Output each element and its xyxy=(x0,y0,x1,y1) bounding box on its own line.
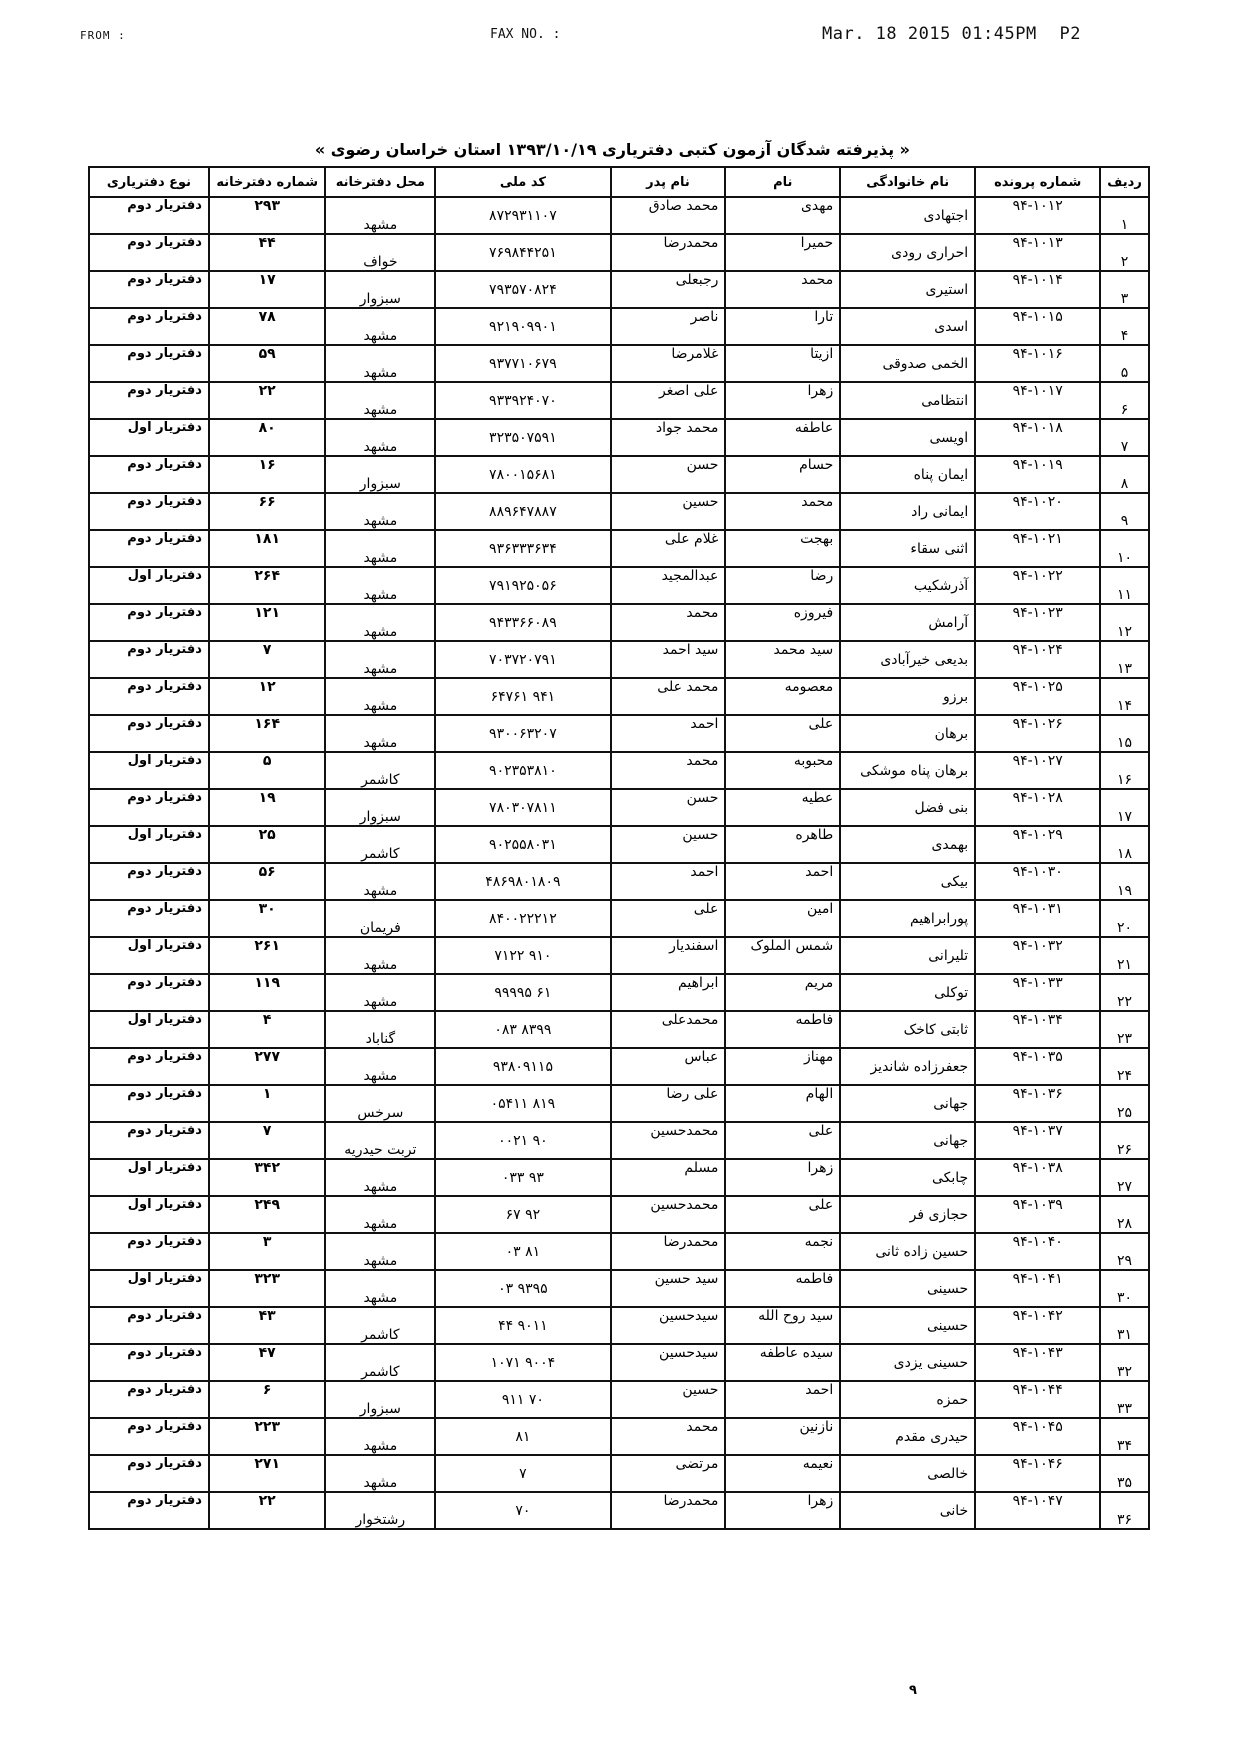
cell-assistant-type: دفتریار دوم xyxy=(89,715,209,752)
table-row: ۳۶۹۴-۱۰۴۷خانیزهرامحمدرضا۷۰رشتخوار۲۲دفتری… xyxy=(89,1492,1149,1529)
cell-first-name: سیده عاطفه xyxy=(725,1344,840,1381)
cell-last-name: بنی فضل xyxy=(840,789,975,826)
cell-office-city: مشهد xyxy=(325,530,435,567)
cell-file-number: ۹۴-۱۰۲۶ xyxy=(975,715,1100,752)
cell-national-id: ۹۳۳۹۲۴۰۷۰ xyxy=(435,382,610,419)
cell-national-id: ۸۱۹ ۰۵۴۱۱ xyxy=(435,1085,610,1122)
col-header-first-name: نام xyxy=(725,167,840,197)
cell-file-number: ۹۴-۱۰۳۹ xyxy=(975,1196,1100,1233)
table-row: ۲۳۹۴-۱۰۳۴ثابتی کاخکفاطمهمحمدعلی۸۳۹۹ ۰۸۳گ… xyxy=(89,1011,1149,1048)
cell-office-number: ۱۲۱ xyxy=(209,604,326,641)
cell-assistant-type: دفتریار اول xyxy=(89,1159,209,1196)
cell-row-number: ۲۹ xyxy=(1100,1233,1149,1270)
cell-last-name: الخمی صدوقی xyxy=(840,345,975,382)
cell-last-name: حسینی xyxy=(840,1270,975,1307)
cell-national-id: ۹۰۲۵۵۸۰۳۱ xyxy=(435,826,610,863)
cell-file-number: ۹۴-۱۰۳۷ xyxy=(975,1122,1100,1159)
table-row: ۱۷۹۴-۱۰۲۸بنی فضلعطیهحسن۷۸۰۳۰۷۸۱۱سبزوار۱۹… xyxy=(89,789,1149,826)
table-row: ۲۵۹۴-۱۰۳۶جهانیالهامعلی رضا۸۱۹ ۰۵۴۱۱سرخس۱… xyxy=(89,1085,1149,1122)
cell-last-name: خالصی xyxy=(840,1455,975,1492)
cell-row-number: ۲۳ xyxy=(1100,1011,1149,1048)
cell-office-city: مشهد xyxy=(325,604,435,641)
table-row: ۲۷۹۴-۱۰۳۸چابکیزهرامسلم۹۳ ۰۳۳مشهد۳۴۲دفتری… xyxy=(89,1159,1149,1196)
table-row: ۱۶۹۴-۱۰۲۷برهان پناه موشکیمحبوبهمحمد۹۰۲۳۵… xyxy=(89,752,1149,789)
cell-office-number: ۲۵ xyxy=(209,826,326,863)
cell-assistant-type: دفتریار دوم xyxy=(89,900,209,937)
cell-father-name: محمد علی xyxy=(611,678,726,715)
cell-office-city: خواف xyxy=(325,234,435,271)
cell-first-name: فاطمه xyxy=(725,1011,840,1048)
cell-office-number: ۲۶۱ xyxy=(209,937,326,974)
cell-last-name: برهان xyxy=(840,715,975,752)
table-row: ۳۲۹۴-۱۰۴۳حسینی یزدیسیده عاطفهسیدحسین۹۰۰۴… xyxy=(89,1344,1149,1381)
cell-first-name: احمد xyxy=(725,1381,840,1418)
cell-assistant-type: دفتریار دوم xyxy=(89,456,209,493)
cell-last-name: بیکی xyxy=(840,863,975,900)
cell-assistant-type: دفتریار دوم xyxy=(89,1122,209,1159)
cell-office-number: ۴۷ xyxy=(209,1344,326,1381)
cell-office-city: سبزوار xyxy=(325,271,435,308)
cell-first-name: سید محمد xyxy=(725,641,840,678)
cell-row-number: ۳۶ xyxy=(1100,1492,1149,1529)
cell-office-city: مشهد xyxy=(325,1233,435,1270)
cell-row-number: ۱۷ xyxy=(1100,789,1149,826)
cell-national-id: ۹۴۱ ۶۴۷۶۱ xyxy=(435,678,610,715)
cell-row-number: ۱۰ xyxy=(1100,530,1149,567)
cell-office-number: ۷ xyxy=(209,1122,326,1159)
cell-national-id: ۸۱ ۰۳ xyxy=(435,1233,610,1270)
cell-last-name: حمزه xyxy=(840,1381,975,1418)
cell-national-id: ۹۴۳۳۶۶۰۸۹ xyxy=(435,604,610,641)
table-row: ۳۹۴-۱۰۱۴استیریمحمدرجبعلی۷۹۳۵۷۰۸۲۴سبزوار۱… xyxy=(89,271,1149,308)
cell-first-name: مهدی xyxy=(725,197,840,234)
table-row: ۱۰۹۴-۱۰۲۱اثنی سقاءبهجتغلام علی۹۳۶۳۳۳۶۳۴م… xyxy=(89,530,1149,567)
cell-last-name: اسدی xyxy=(840,308,975,345)
table-row: ۱۹۹۴-۱۰۳۰بیکیاحمداحمد۴۸۶۹۸۰۱۸۰۹مشهد۵۶دفت… xyxy=(89,863,1149,900)
cell-row-number: ۱ xyxy=(1100,197,1149,234)
cell-first-name: طاهره xyxy=(725,826,840,863)
cell-office-number: ۲۷۷ xyxy=(209,1048,326,1085)
table-row: ۲۰۹۴-۱۰۳۱پورابراهیمامینعلی۸۴۰۰۲۲۲۱۲فریما… xyxy=(89,900,1149,937)
cell-file-number: ۹۴-۱۰۱۴ xyxy=(975,271,1100,308)
cell-office-number: ۲۲۳ xyxy=(209,1418,326,1455)
cell-assistant-type: دفتریار دوم xyxy=(89,197,209,234)
cell-assistant-type: دفتریار اول xyxy=(89,419,209,456)
cell-assistant-type: دفتریار اول xyxy=(89,826,209,863)
cell-office-number: ۲۷۱ xyxy=(209,1455,326,1492)
cell-father-name: محمدرضا xyxy=(611,1233,726,1270)
cell-father-name: حسین xyxy=(611,1381,726,1418)
cell-father-name: علی xyxy=(611,900,726,937)
cell-last-name: ایمان پناه xyxy=(840,456,975,493)
cell-row-number: ۱۱ xyxy=(1100,567,1149,604)
cell-row-number: ۲۸ xyxy=(1100,1196,1149,1233)
cell-office-number: ۵ xyxy=(209,752,326,789)
cell-office-city: سرخس xyxy=(325,1085,435,1122)
cell-office-city: مشهد xyxy=(325,937,435,974)
cell-national-id: ۹۲ ۶۷ xyxy=(435,1196,610,1233)
cell-first-name: زهرا xyxy=(725,1492,840,1529)
cell-first-name: ازیتا xyxy=(725,345,840,382)
cell-father-name: محمد xyxy=(611,752,726,789)
col-header-father-name: نام پدر xyxy=(611,167,726,197)
cell-row-number: ۲۵ xyxy=(1100,1085,1149,1122)
cell-national-id: ۹۳ ۰۳۳ xyxy=(435,1159,610,1196)
cell-father-name: محمدرضا xyxy=(611,234,726,271)
cell-assistant-type: دفتریار دوم xyxy=(89,678,209,715)
cell-file-number: ۹۴-۱۰۲۲ xyxy=(975,567,1100,604)
cell-assistant-type: دفتریار دوم xyxy=(89,1233,209,1270)
cell-last-name: اویسی xyxy=(840,419,975,456)
cell-office-city: سبزوار xyxy=(325,789,435,826)
cell-office-number: ۲۲ xyxy=(209,382,326,419)
cell-last-name: خانی xyxy=(840,1492,975,1529)
cell-row-number: ۱۳ xyxy=(1100,641,1149,678)
cell-assistant-type: دفتریار دوم xyxy=(89,1085,209,1122)
cell-office-number: ۴۳ xyxy=(209,1307,326,1344)
cell-file-number: ۹۴-۱۰۱۵ xyxy=(975,308,1100,345)
cell-row-number: ۱۲ xyxy=(1100,604,1149,641)
cell-row-number: ۲۴ xyxy=(1100,1048,1149,1085)
cell-office-number: ۶ xyxy=(209,1381,326,1418)
col-header-assistant-type: نوع دفتریاری xyxy=(89,167,209,197)
cell-father-name: غلام علی xyxy=(611,530,726,567)
cell-file-number: ۹۴-۱۰۲۸ xyxy=(975,789,1100,826)
cell-office-number: ۳ xyxy=(209,1233,326,1270)
cell-office-number: ۵۹ xyxy=(209,345,326,382)
fax-datetime: Mar. 18 2015 01:45PM P2 xyxy=(822,24,1081,44)
cell-file-number: ۹۴-۱۰۴۳ xyxy=(975,1344,1100,1381)
cell-father-name: احمد xyxy=(611,715,726,752)
cell-office-number: ۱۷ xyxy=(209,271,326,308)
cell-office-city: کاشمر xyxy=(325,752,435,789)
table-row: ۲۴۹۴-۱۰۳۵جعفرزاده شاندیزمهنازعباس۹۳۸۰۹۱۱… xyxy=(89,1048,1149,1085)
table-row: ۲۸۹۴-۱۰۳۹حجازی فرعلیمحمدحسین۹۲ ۶۷مشهد۲۴۹… xyxy=(89,1196,1149,1233)
cell-office-city: مشهد xyxy=(325,308,435,345)
fax-number-label: FAX NO. : xyxy=(490,27,560,42)
cell-assistant-type: دفتریار دوم xyxy=(89,974,209,1011)
cell-father-name: محمد xyxy=(611,604,726,641)
cell-national-id: ۷۸۰۳۰۷۸۱۱ xyxy=(435,789,610,826)
cell-last-name: بدیعی خیرآبادی xyxy=(840,641,975,678)
cell-file-number: ۹۴-۱۰۴۲ xyxy=(975,1307,1100,1344)
cell-assistant-type: دفتریار دوم xyxy=(89,1418,209,1455)
table-row: ۲۹۹۴-۱۰۴۰حسین زاده ثانینجمهمحمدرضا۸۱ ۰۳م… xyxy=(89,1233,1149,1270)
cell-file-number: ۹۴-۱۰۳۱ xyxy=(975,900,1100,937)
cell-father-name: عباس xyxy=(611,1048,726,1085)
cell-assistant-type: دفتریار دوم xyxy=(89,234,209,271)
cell-assistant-type: دفتریار دوم xyxy=(89,493,209,530)
col-header-national-id: کد ملی xyxy=(435,167,610,197)
table-row: ۲۹۴-۱۰۱۳احراری رودیحمیرامحمدرضا۷۶۹۸۴۴۲۵۱… xyxy=(89,234,1149,271)
cell-father-name: سید حسین xyxy=(611,1270,726,1307)
cell-row-number: ۳ xyxy=(1100,271,1149,308)
cell-father-name: حسین xyxy=(611,493,726,530)
cell-office-city: کاشمر xyxy=(325,1344,435,1381)
table-row: ۴۹۴-۱۰۱۵اسدیتاراناصر۹۲۱۹۰۹۹۰۱مشهد۷۸دفتری… xyxy=(89,308,1149,345)
table-row: ۶۹۴-۱۰۱۷انتظامیزهراعلی اصغر۹۳۳۹۲۴۰۷۰مشهد… xyxy=(89,382,1149,419)
cell-row-number: ۳۳ xyxy=(1100,1381,1149,1418)
cell-file-number: ۹۴-۱۰۲۰ xyxy=(975,493,1100,530)
cell-file-number: ۹۴-۱۰۱۲ xyxy=(975,197,1100,234)
cell-national-id: ۸۷۲۹۳۱۱۰۷ xyxy=(435,197,610,234)
cell-father-name: مرتضی xyxy=(611,1455,726,1492)
cell-first-name: فاطمه xyxy=(725,1270,840,1307)
cell-office-city: مشهد xyxy=(325,974,435,1011)
cell-office-number: ۷ xyxy=(209,641,326,678)
cell-father-name: مسلم xyxy=(611,1159,726,1196)
cell-first-name: نجمه xyxy=(725,1233,840,1270)
cell-office-city: سبزوار xyxy=(325,1381,435,1418)
cell-first-name: الهام xyxy=(725,1085,840,1122)
cell-row-number: ۲۰ xyxy=(1100,900,1149,937)
cell-last-name: بهمدی xyxy=(840,826,975,863)
cell-file-number: ۹۴-۱۰۱۳ xyxy=(975,234,1100,271)
cell-last-name: پورابراهیم xyxy=(840,900,975,937)
cell-office-number: ۸۰ xyxy=(209,419,326,456)
cell-office-city: مشهد xyxy=(325,1418,435,1455)
cell-last-name: چابکی xyxy=(840,1159,975,1196)
cell-first-name: علی xyxy=(725,1122,840,1159)
cell-last-name: احراری رودی xyxy=(840,234,975,271)
table-row: ۱۳۹۴-۱۰۲۴بدیعی خیرآبادیسید محمدسید احمد۷… xyxy=(89,641,1149,678)
cell-office-number: ۱۲ xyxy=(209,678,326,715)
cell-row-number: ۹ xyxy=(1100,493,1149,530)
cell-national-id: ۹۳۰۰۶۳۲۰۷ xyxy=(435,715,610,752)
cell-file-number: ۹۴-۱۰۴۱ xyxy=(975,1270,1100,1307)
cell-office-number: ۴ xyxy=(209,1011,326,1048)
cell-assistant-type: دفتریار دوم xyxy=(89,604,209,641)
cell-row-number: ۳۰ xyxy=(1100,1270,1149,1307)
cell-last-name: حجازی فر xyxy=(840,1196,975,1233)
cell-office-city: مشهد xyxy=(325,493,435,530)
cell-last-name: جهانی xyxy=(840,1122,975,1159)
cell-row-number: ۲۱ xyxy=(1100,937,1149,974)
table-body: ۱۹۴-۱۰۱۲اجتهادیمهدیمحمد صادق۸۷۲۹۳۱۱۰۷مشه… xyxy=(89,197,1149,1529)
cell-assistant-type: دفتریار دوم xyxy=(89,641,209,678)
cell-national-id: ۹۳۸۰۹۱۱۵ xyxy=(435,1048,610,1085)
cell-row-number: ۲۷ xyxy=(1100,1159,1149,1196)
cell-national-id: ۳۲۳۵۰۷۵۹۱ xyxy=(435,419,610,456)
table-row: ۳۵۹۴-۱۰۴۶خالصینعیمهمرتضی۷مشهد۲۷۱دفتریار … xyxy=(89,1455,1149,1492)
cell-office-number: ۲۶۴ xyxy=(209,567,326,604)
cell-assistant-type: دفتریار دوم xyxy=(89,271,209,308)
cell-national-id: ۷۹۳۵۷۰۸۲۴ xyxy=(435,271,610,308)
cell-office-city: گناباد xyxy=(325,1011,435,1048)
cell-first-name: محمد xyxy=(725,493,840,530)
cell-row-number: ۱۸ xyxy=(1100,826,1149,863)
cell-row-number: ۳۲ xyxy=(1100,1344,1149,1381)
cell-file-number: ۹۴-۱۰۳۳ xyxy=(975,974,1100,1011)
cell-file-number: ۹۴-۱۰۳۵ xyxy=(975,1048,1100,1085)
cell-national-id: ۹۳۹۵ ۰۳ xyxy=(435,1270,610,1307)
col-header-office-no: شماره دفترخانه xyxy=(209,167,326,197)
cell-row-number: ۱۵ xyxy=(1100,715,1149,752)
table-row: ۵۹۴-۱۰۱۶الخمی صدوقیازیتاغلامرضا۹۳۷۷۱۰۶۷۹… xyxy=(89,345,1149,382)
cell-national-id: ۷۶۹۸۴۴۲۵۱ xyxy=(435,234,610,271)
cell-first-name: عاطفه xyxy=(725,419,840,456)
col-header-row: ردیف xyxy=(1100,167,1149,197)
cell-row-number: ۲ xyxy=(1100,234,1149,271)
cell-row-number: ۲۲ xyxy=(1100,974,1149,1011)
cell-last-name: استیری xyxy=(840,271,975,308)
accepted-candidates-table: ردیف شماره پرونده نام خانوادگی نام نام پ… xyxy=(88,166,1150,1530)
cell-national-id: ۶۱ ۹۹۹۹۵ xyxy=(435,974,610,1011)
cell-father-name: محمدحسین xyxy=(611,1122,726,1159)
cell-office-city: کاشمر xyxy=(325,1307,435,1344)
cell-last-name: برهان پناه موشکی xyxy=(840,752,975,789)
cell-office-number: ۱۸۱ xyxy=(209,530,326,567)
cell-file-number: ۹۴-۱۰۱۶ xyxy=(975,345,1100,382)
cell-row-number: ۳۱ xyxy=(1100,1307,1149,1344)
cell-last-name: انتظامی xyxy=(840,382,975,419)
cell-national-id: ۹۳۷۷۱۰۶۷۹ xyxy=(435,345,610,382)
cell-first-name: حسام xyxy=(725,456,840,493)
cell-national-id: ۷ xyxy=(435,1455,610,1492)
cell-first-name: بهجت xyxy=(725,530,840,567)
cell-last-name: برزو xyxy=(840,678,975,715)
table-row: ۳۳۹۴-۱۰۴۴حمزهاحمدحسین۷۰ ۹۱۱سبزوار۶دفتریا… xyxy=(89,1381,1149,1418)
table-row: ۲۱۹۴-۱۰۳۲تلیرانیشمس الملوکاسفندیار۹۱۰ ۷۱… xyxy=(89,937,1149,974)
cell-first-name: احمد xyxy=(725,863,840,900)
cell-father-name: سید احمد xyxy=(611,641,726,678)
table-row: ۳۱۹۴-۱۰۴۲حسینیسید روح اللهسیدحسین۹۰۱۱ ۴۴… xyxy=(89,1307,1149,1344)
cell-last-name: حسینی xyxy=(840,1307,975,1344)
cell-assistant-type: دفتریار دوم xyxy=(89,1455,209,1492)
cell-file-number: ۹۴-۱۰۱۸ xyxy=(975,419,1100,456)
cell-office-number: ۵۶ xyxy=(209,863,326,900)
cell-last-name: اجتهادی xyxy=(840,197,975,234)
cell-father-name: علی رضا xyxy=(611,1085,726,1122)
cell-last-name: ثابتی کاخک xyxy=(840,1011,975,1048)
cell-first-name: رضا xyxy=(725,567,840,604)
fax-datetime-value: Mar. 18 2015 01:45PM xyxy=(822,24,1037,44)
cell-file-number: ۹۴-۱۰۳۲ xyxy=(975,937,1100,974)
cell-office-number: ۱ xyxy=(209,1085,326,1122)
cell-office-city: مشهد xyxy=(325,345,435,382)
cell-last-name: آرامش xyxy=(840,604,975,641)
cell-first-name: مریم xyxy=(725,974,840,1011)
cell-file-number: ۹۴-۱۰۳۶ xyxy=(975,1085,1100,1122)
cell-first-name: معصومه xyxy=(725,678,840,715)
table-row: ۳۴۹۴-۱۰۴۵حیدری مقدمنازنینمحمد۸۱مشهد۲۲۳دف… xyxy=(89,1418,1149,1455)
cell-office-city: مشهد xyxy=(325,419,435,456)
cell-father-name: محمدرضا xyxy=(611,1492,726,1529)
document-title: « پذیرفته شدگان آزمون کتبی دفتریاری ۱۳۹۳… xyxy=(330,140,910,159)
cell-father-name: محمدعلی xyxy=(611,1011,726,1048)
cell-national-id: ۷۹۱۹۲۵۰۵۶ xyxy=(435,567,610,604)
table-row: ۱۴۹۴-۱۰۲۵برزومعصومهمحمد علی۹۴۱ ۶۴۷۶۱مشهد… xyxy=(89,678,1149,715)
cell-national-id: ۹۰ ۰۰۲۱ xyxy=(435,1122,610,1159)
cell-file-number: ۹۴-۱۰۲۷ xyxy=(975,752,1100,789)
cell-last-name: حسین زاده ثانی xyxy=(840,1233,975,1270)
cell-assistant-type: دفتریار دوم xyxy=(89,1492,209,1529)
cell-national-id: ۷۰۳۷۲۰۷۹۱ xyxy=(435,641,610,678)
cell-file-number: ۹۴-۱۰۲۳ xyxy=(975,604,1100,641)
cell-first-name: عطیه xyxy=(725,789,840,826)
cell-office-city: مشهد xyxy=(325,641,435,678)
cell-father-name: غلامرضا xyxy=(611,345,726,382)
cell-first-name: علی xyxy=(725,1196,840,1233)
cell-office-number: ۷۸ xyxy=(209,308,326,345)
cell-row-number: ۱۹ xyxy=(1100,863,1149,900)
cell-row-number: ۳۴ xyxy=(1100,1418,1149,1455)
cell-last-name: جعفرزاده شاندیز xyxy=(840,1048,975,1085)
cell-father-name: ابراهیم xyxy=(611,974,726,1011)
cell-first-name: نازنین xyxy=(725,1418,840,1455)
cell-office-number: ۳۲۳ xyxy=(209,1270,326,1307)
cell-assistant-type: دفتریار دوم xyxy=(89,1307,209,1344)
table-row: ۲۶۹۴-۱۰۳۷جهانیعلیمحمدحسین۹۰ ۰۰۲۱تربت حید… xyxy=(89,1122,1149,1159)
cell-father-name: محمد صادق xyxy=(611,197,726,234)
table-row: ۹۹۴-۱۰۲۰ایمانی رادمحمدحسین۸۸۹۶۴۷۸۸۷مشهد۶… xyxy=(89,493,1149,530)
cell-office-city: مشهد xyxy=(325,197,435,234)
cell-first-name: تارا xyxy=(725,308,840,345)
cell-first-name: فیروزه xyxy=(725,604,840,641)
cell-national-id: ۴۸۶۹۸۰۱۸۰۹ xyxy=(435,863,610,900)
cell-row-number: ۱۴ xyxy=(1100,678,1149,715)
cell-file-number: ۹۴-۱۰۱۹ xyxy=(975,456,1100,493)
table-row: ۱۵۹۴-۱۰۲۶برهانعلیاحمد۹۳۰۰۶۳۲۰۷مشهد۱۶۴دفت… xyxy=(89,715,1149,752)
cell-last-name: آذرشکیب xyxy=(840,567,975,604)
cell-last-name: حیدری مقدم xyxy=(840,1418,975,1455)
cell-first-name: حمیرا xyxy=(725,234,840,271)
cell-father-name: محمدحسین xyxy=(611,1196,726,1233)
cell-national-id: ۷۰ xyxy=(435,1492,610,1529)
fax-header: FROM : FAX NO. : Mar. 18 2015 01:45PM P2 xyxy=(0,24,1236,44)
cell-national-id: ۹۱۰ ۷۱۲۲ xyxy=(435,937,610,974)
cell-first-name: محمد xyxy=(725,271,840,308)
col-header-last-name: نام خانوادگی xyxy=(840,167,975,197)
table-header-row: ردیف شماره پرونده نام خانوادگی نام نام پ… xyxy=(89,167,1149,197)
cell-office-number: ۳۰ xyxy=(209,900,326,937)
cell-file-number: ۹۴-۱۰۲۹ xyxy=(975,826,1100,863)
cell-file-number: ۹۴-۱۰۴۷ xyxy=(975,1492,1100,1529)
cell-first-name: زهرا xyxy=(725,382,840,419)
cell-office-number: ۳۴۲ xyxy=(209,1159,326,1196)
table-row: ۱۲۹۴-۱۰۲۳آرامشفیروزهمحمد۹۴۳۳۶۶۰۸۹مشهد۱۲۱… xyxy=(89,604,1149,641)
cell-national-id: ۹۰۲۳۵۳۸۱۰ xyxy=(435,752,610,789)
cell-office-city: مشهد xyxy=(325,1270,435,1307)
col-header-file-no: شماره پرونده xyxy=(975,167,1100,197)
cell-office-number: ۲۲ xyxy=(209,1492,326,1529)
cell-office-number: ۱۶۴ xyxy=(209,715,326,752)
cell-father-name: ناصر xyxy=(611,308,726,345)
cell-assistant-type: دفتریار اول xyxy=(89,1196,209,1233)
table-row: ۱۸۹۴-۱۰۲۹بهمدیطاهرهحسین۹۰۲۵۵۸۰۳۱کاشمر۲۵د… xyxy=(89,826,1149,863)
page-number: ۹ xyxy=(909,1683,917,1698)
table-row: ۳۰۹۴-۱۰۴۱حسینیفاطمهسید حسین۹۳۹۵ ۰۳مشهد۳۲… xyxy=(89,1270,1149,1307)
cell-father-name: محمد جواد xyxy=(611,419,726,456)
cell-office-city: مشهد xyxy=(325,1196,435,1233)
table-row: ۸۹۴-۱۰۱۹ایمان پناهحسامحسن۷۸۰۰۱۵۶۸۱سبزوار… xyxy=(89,456,1149,493)
cell-last-name: اثنی سقاء xyxy=(840,530,975,567)
cell-office-city: مشهد xyxy=(325,863,435,900)
cell-assistant-type: دفتریار دوم xyxy=(89,345,209,382)
cell-office-city: کاشمر xyxy=(325,826,435,863)
cell-file-number: ۹۴-۱۰۳۸ xyxy=(975,1159,1100,1196)
cell-office-city: فریمان xyxy=(325,900,435,937)
cell-national-id: ۹۰۱۱ ۴۴ xyxy=(435,1307,610,1344)
fax-page-indicator: P2 xyxy=(1059,24,1080,44)
cell-father-name: سیدحسین xyxy=(611,1344,726,1381)
cell-file-number: ۹۴-۱۰۲۴ xyxy=(975,641,1100,678)
cell-office-city: مشهد xyxy=(325,1455,435,1492)
cell-first-name: محبوبه xyxy=(725,752,840,789)
cell-assistant-type: دفتریار اول xyxy=(89,752,209,789)
table-row: ۲۲۹۴-۱۰۳۳توکلیمریمابراهیم۶۱ ۹۹۹۹۵مشهد۱۱۹… xyxy=(89,974,1149,1011)
cell-last-name: جهانی xyxy=(840,1085,975,1122)
